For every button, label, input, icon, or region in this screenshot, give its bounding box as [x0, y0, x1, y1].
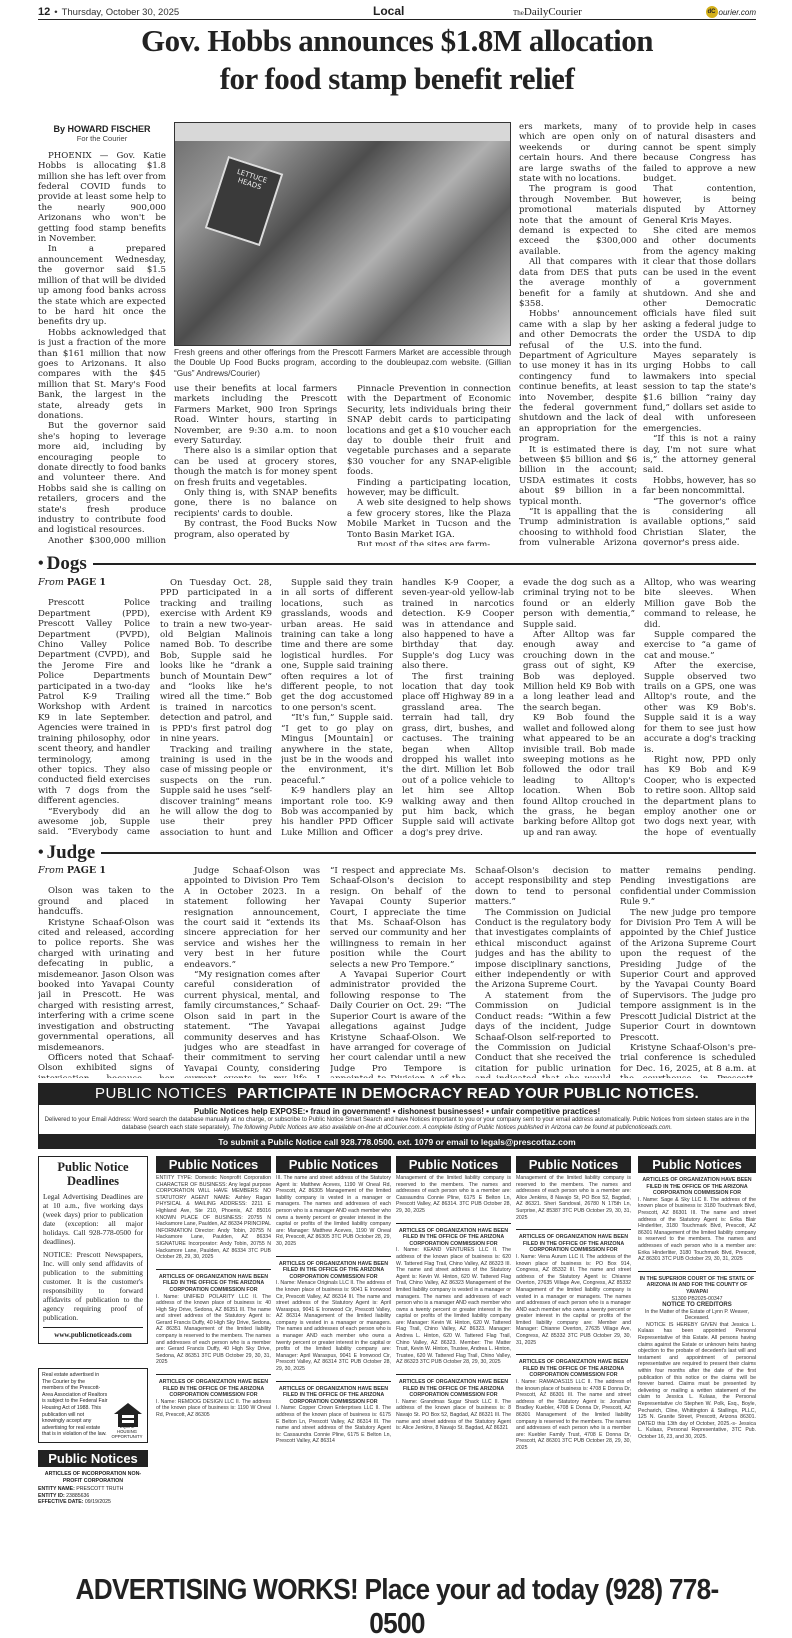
section-title: Judge [47, 842, 96, 864]
jump-from[interactable]: From PAGE 1 [38, 866, 174, 876]
article-column-5: to provide help in cases of natural disa… [643, 122, 756, 546]
deadlines-title: Public Notice Deadlines [43, 1160, 143, 1188]
dogs-column-6: Alltop, who was wearing bite sleeves. Wh… [644, 578, 756, 838]
masthead: TheDailyCourier [513, 6, 582, 18]
page-header: 12 • Thursday, October 30, 2025 Local Th… [38, 4, 756, 20]
jump-from[interactable]: From PAGE 1 [38, 578, 150, 588]
fair-housing-box: Real estate advertised in The Courier by… [38, 1368, 148, 1443]
article-headline: Gov. Hobbs announces $1.8M allocation fo… [38, 22, 756, 98]
article-column-1: By HOWARD FISCHER For the Courier PHOENI… [38, 124, 166, 546]
notices-column-4: Public Notices Management of the limited… [516, 1156, 631, 1566]
page-number: 12 [38, 6, 50, 18]
public-notices-tag: Public Notices [396, 1156, 511, 1173]
lettuce-sign: LETTUCE HEADS [205, 156, 284, 246]
judge-column-2: Judge Schaaf-Olson was appointed to Divi… [184, 866, 320, 1078]
notices-url-link[interactable]: www.publicnoticeads.com [43, 1327, 143, 1340]
section-title: Dogs [47, 553, 87, 575]
judge-column-4: Schaaf-Olson's decision to accept respon… [475, 866, 611, 1078]
divider [93, 563, 756, 565]
article-photo[interactable]: LETTUCE HEADS [174, 122, 511, 346]
notices-left-bottom: Public Notices ARTICLES OF INCORPORATION… [38, 1450, 148, 1506]
dogs-column-3: Supple said they train in all sorts of d… [281, 578, 393, 838]
public-notices-tag: Public Notices [276, 1156, 391, 1173]
issue-date: Thursday, October 30, 2025 [62, 7, 180, 18]
public-notices-tag: Public Notices [638, 1156, 756, 1173]
article-column-3: Pinnacle Prevention in connection with t… [347, 384, 511, 546]
bullet: • [54, 7, 57, 18]
site-logo[interactable]: dCourier.com [706, 6, 757, 18]
public-notices-banner: PUBLIC NOTICES PARTICIPATE IN DEMOCRACY … [38, 1083, 756, 1104]
public-notices-tag: Public Notices [516, 1156, 631, 1173]
advertising-banner[interactable]: ADVERTISING WORKS! Place your ad today (… [67, 1573, 728, 1638]
byline-sub: For the Courier [38, 134, 166, 144]
article-column-2: use their benefits at local farmers mark… [174, 384, 337, 546]
market-tent [175, 123, 510, 141]
judge-column-1: From PAGE 1 Olson was taken to the groun… [38, 866, 174, 1078]
dogs-column-5: evade the dog such as a criminal trying … [523, 578, 635, 838]
section-header-judge: •Judge [38, 842, 756, 864]
section-header-dogs: •Dogs [38, 553, 756, 575]
logo-badge-icon: dC [706, 6, 718, 18]
judge-column-3: “I respect and appreciate Ms. Schaaf-Ols… [330, 866, 466, 1078]
dogs-column-4: handles K-9 Cooper, a seven-year-old yel… [402, 578, 514, 838]
notices-column-5: Public Notices ARTICLES OF ORGANIZATION … [638, 1156, 756, 1566]
notices-column-2: Public Notices III. The name and street … [276, 1156, 391, 1566]
submit-notice-bar[interactable]: To submit a Public Notice call 928.778.0… [38, 1135, 756, 1149]
notices-column-3: Public Notices Management of the limited… [396, 1156, 511, 1566]
photo-caption: Fresh greens and other offerings from th… [174, 348, 511, 379]
dogs-column-2: On Tuesday Oct. 28, PPD participated in … [160, 578, 272, 838]
public-notices-tag: Public Notices [156, 1156, 271, 1173]
section-name: Local [373, 4, 404, 18]
divider [101, 852, 756, 854]
public-notices-tag: Public Notices [38, 1450, 148, 1467]
deadlines-box: Public Notice Deadlines Legal Advertisin… [38, 1156, 148, 1344]
judge-column-5: matter remains pending. Pending investig… [620, 866, 756, 1078]
notices-column-1: Public Notices ENTITY TYPE: Domestic Non… [156, 1156, 271, 1566]
dogs-column-1: From PAGE 1 Prescott Police Department (… [38, 578, 150, 838]
byline: By HOWARD FISCHER [38, 124, 166, 134]
article-column-4: ers markets, many of which are open only… [519, 122, 637, 546]
public-notices-intro: Public Notices help EXPOSE:• fraud in go… [38, 1104, 756, 1135]
